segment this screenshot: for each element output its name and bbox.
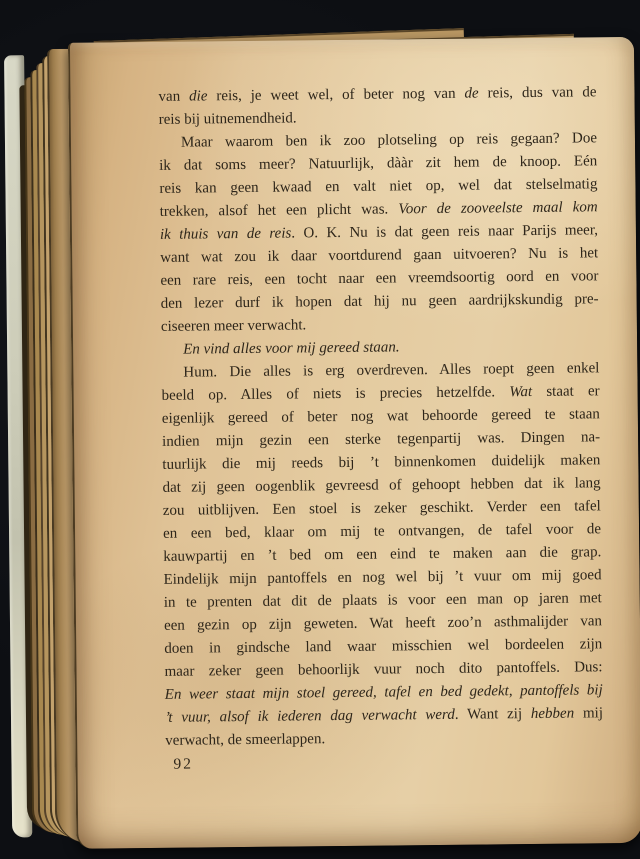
text-segment: tuurlijk die mij reeds bij ’t binnenkome… [162,452,600,473]
text-segment: want wat zou ik daar voortdurend gaan ui… [160,245,598,266]
text-segment: verwacht, de smeerlappen. [165,731,325,749]
text-segment: ciseeren meer verwacht. [161,317,306,335]
text-segment: zou uitblijven. Een stoel is zeker gesch… [163,498,601,519]
text-segment-italic: En vind alles voor mij gereed staan. [183,339,400,357]
text-segment-italic: ik thuis van de reis [160,225,292,242]
text-segment: een rare reis, een tocht naar een vreemd… [160,268,598,289]
text-segment: maar zeker geen behoorlijk vuur noch dit… [164,659,602,680]
text-segment-italic: Wat [509,384,532,400]
text-segment: beeld op. Alles of niets is precies hetz… [162,384,510,404]
text-line: verwacht, de smeerlappen. [165,725,603,753]
book-photo: van die reis, je weet wel, of beter nog … [0,0,640,859]
text-segment: Eindelijk mijn pantoffels en nog wel bij… [163,567,601,588]
text-segment: dat zij geen oogenblik gevreesd of gehoo… [163,475,601,496]
text-segment: en een bed, klaar om mij te ontvangen, d… [163,521,601,542]
text-segment-italic: Voor de zooveelste maal kom [398,199,598,217]
text-segment: een gezin op zijn geweten. Wat heeft zoo… [164,613,602,634]
text-segment: indien mijn gezin een sterke tegenpartij… [162,429,600,450]
text-block: van die reis, je weet wel, of beter nog … [158,81,603,753]
text-segment: . O. K. Nu is dat geen reis naar Parijs … [291,222,598,241]
text-segment: reis kan geen kwaad en valt niet op, wel… [159,176,597,197]
text-segment: staat er [532,383,600,400]
text-segment: mij [574,705,603,721]
text-segment: den lezer durf ik hopen dat hij nu geen … [161,291,599,312]
text-segment: van [158,89,189,105]
text-segment: . Want zij [455,706,531,723]
text-segment-italic: die [189,88,207,104]
text-segment-italic: hebben [531,706,574,722]
page-number: 92 [173,756,193,774]
text-line: den lezer durf ik hopen dat hij nu geen … [161,288,599,316]
text-segment: reis, dus van de [479,84,597,101]
text-segment-italic: ’t vuur, alsof ik iederen dag verwacht w… [165,707,455,726]
text-line: ’t vuur, alsof ik iederen dag verwacht w… [165,702,603,730]
text-segment: Maar waarom ben ik zoo plotseling op rei… [181,130,597,150]
text-segment: trekken, alsof het een plicht was. [160,201,399,219]
text-segment: doen in gindsche land waar misschien wel… [164,636,602,657]
text-segment: kauwpartij en ’t bed om een eind te make… [163,544,601,565]
text-segment: in te prenten dat dit de plaats is voor … [164,590,602,611]
text-segment-italic: En weer staat mijn stoel gereed, tafel e… [165,682,603,703]
text-segment: reis bij uitnemendheid. [159,110,297,127]
text-segment: reis, je weet wel, of beter nog van [207,86,464,105]
text-segment: eigenlijk gereed of beter nog wat behoor… [162,406,600,427]
text-segment: Hum. Die alles is erg overdreven. Alles … [183,360,599,380]
text-line: van die reis, je weet wel, of beter nog … [158,81,596,109]
text-segment: ik dat soms meer? Natuurlijk, dààr zit h… [159,153,597,174]
photo-background: van die reis, je weet wel, of beter nog … [0,0,640,859]
book-page: van die reis, je weet wel, of beter nog … [68,37,640,849]
text-segment-italic: de [464,86,478,102]
